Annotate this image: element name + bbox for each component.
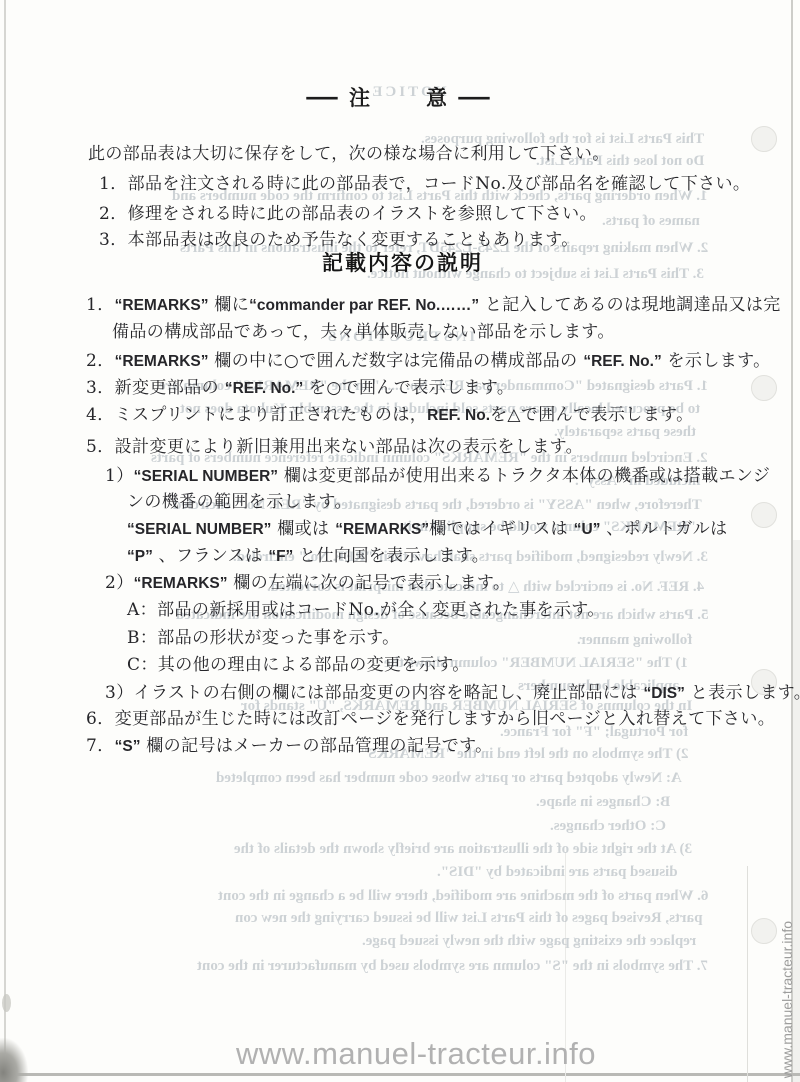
latin-term: “F” bbox=[268, 548, 293, 565]
latin-term: “REF. No.” bbox=[583, 353, 661, 370]
text-segment: 1．部品を注文される時に此の部品表で，コードNo.及び部品名を確認して下さい。 bbox=[99, 174, 750, 194]
punch-hole bbox=[751, 918, 777, 944]
text-line: 3．本部品表は改良のため予告なく変更することもあります。 bbox=[99, 225, 579, 250]
text-line: 2）“REMARKS” 欄の左端に次の記号で表示します。 bbox=[105, 568, 510, 593]
text-segment: A：部品の新採用或はコードNo.が全く変更された事を示す。 bbox=[127, 600, 605, 620]
punch-hole bbox=[751, 126, 777, 152]
bleedthrough-text: 6. When parts of the machine are modifie… bbox=[218, 888, 708, 905]
scanned-page: NOTICEThis Parts List is for the followi… bbox=[0, 0, 800, 1082]
bleedthrough-text: parts, Revised pages of this Parts List … bbox=[235, 910, 703, 927]
latin-term: “SERIAL NUMBER” bbox=[134, 468, 278, 485]
text-segment: と仕向国を表示します。 bbox=[293, 546, 489, 566]
text-segment: 3．新変更部品の bbox=[86, 378, 225, 398]
text-line: ンの機番の範囲を示します。 bbox=[127, 487, 352, 512]
text-segment: 1） bbox=[105, 466, 134, 486]
text-segment: と記入してあるのは現地調達品又は完 bbox=[479, 295, 781, 315]
latin-term: “U” bbox=[574, 521, 601, 538]
text-line: 備品の構成部品であって，夫々単体販売しない部品を示します。 bbox=[112, 317, 615, 342]
scan-artifact-line bbox=[747, 866, 748, 1082]
text-segment: 欄の記号はメーカーの部品管理の記号です。 bbox=[140, 736, 492, 756]
text-segment: 4．ミスプリントにより訂正されたものは， bbox=[86, 405, 427, 425]
title-dash: — bbox=[456, 84, 491, 110]
text-segment: 欄は変更部品が使用出来るトラクタ本体の機番或は搭載エンジ bbox=[278, 466, 770, 486]
latin-term: “REF. No.” bbox=[225, 380, 303, 397]
text-line: “SERIAL NUMBER” 欄或は “REMARKS”欄ではイギリスは “U… bbox=[127, 514, 728, 539]
bleedthrough-text: disused parts are indicated by "DIS". bbox=[437, 864, 678, 881]
text-line: 6．変更部品が生じた時には改訂ページを発行しますから旧ページと入れ替えて下さい。 bbox=[86, 704, 775, 729]
text-segment: 備品の構成部品であって，夫々単体販売しない部品を示します。 bbox=[112, 322, 615, 342]
scan-edge-right bbox=[791, 0, 793, 1082]
text-segment: を○で囲んで表示します。 bbox=[303, 378, 514, 398]
text-segment: 5．設計変更により新旧兼用出来ない部品は次の表示をします。 bbox=[86, 437, 583, 457]
text-line: 1．“REMARKS” 欄に“commander par REF. No.……”… bbox=[86, 290, 781, 315]
text-segment: 2． bbox=[86, 351, 115, 371]
text-segment: 、ポルトガルは bbox=[600, 519, 727, 539]
latin-term: “DIS” bbox=[644, 685, 685, 702]
text-segment: B：部品の形状が変った事を示す。 bbox=[127, 628, 400, 648]
text-segment: 此の部品表は大切に保存をして，次の様な場合に利用して下さい。 bbox=[88, 144, 610, 164]
text-segment: 1． bbox=[86, 295, 115, 315]
latin-term: “REMARKS” bbox=[115, 297, 209, 314]
text-line: 3）イラストの右側の欄には部品変更の内容を略記し、廃止部品には “DIS” と表… bbox=[105, 678, 800, 703]
text-segment: 欄に bbox=[209, 295, 250, 315]
text-segment: を△で囲んで表示します。 bbox=[490, 405, 694, 425]
title-dash: — bbox=[304, 84, 339, 110]
text-line: 5．設計変更により新旧兼用出来ない部品は次の表示をします。 bbox=[86, 432, 583, 457]
bleedthrough-text: 3) At the right side of the illustration… bbox=[234, 841, 692, 858]
text-line: 4．ミスプリントにより訂正されたものは，REF. No.を△で囲んで表示します。 bbox=[86, 400, 694, 425]
watermark-side: www.manuel-tracteur.info bbox=[779, 921, 795, 1078]
latin-term: “S” bbox=[115, 738, 141, 755]
text-segment: 3．本部品表は改良のため予告なく変更することもあります。 bbox=[99, 230, 579, 250]
text-line: “P” 、フランスは “F” と仕向国を表示します。 bbox=[127, 541, 489, 566]
text-line: 此の部品表は大切に保存をして，次の様な場合に利用して下さい。 bbox=[88, 139, 610, 164]
punch-hole bbox=[751, 502, 777, 528]
text-line: 1）“SERIAL NUMBER” 欄は変更部品が使用出来るトラクタ本体の機番或… bbox=[105, 461, 770, 486]
text-line: 2．修理をされる時に此の部品表のイラストを参照して下さい。 bbox=[99, 199, 597, 224]
text-segment: 3）イラストの右側の欄には部品変更の内容を略記し、廃止部品には bbox=[105, 683, 644, 703]
text-segment: 2．修理をされる時に此の部品表のイラストを参照して下さい。 bbox=[99, 204, 597, 224]
text-segment: 欄ではイギリスは bbox=[429, 519, 574, 539]
latin-term: “REMARKS” bbox=[115, 353, 209, 370]
text-segment: を示します。 bbox=[662, 351, 771, 371]
bleedthrough-text: C: Other changes. bbox=[550, 818, 666, 835]
scan-smudge bbox=[2, 994, 11, 1012]
text-segment: 7． bbox=[86, 736, 115, 756]
text-segment: 、フランスは bbox=[153, 546, 269, 566]
scan-edge-bottom bbox=[0, 1073, 800, 1076]
text-line: C：其の他の理由による部品の変更を示す。 bbox=[127, 650, 470, 675]
text-segment: 欄或は bbox=[271, 519, 335, 539]
scan-smudge bbox=[0, 1038, 28, 1082]
bleedthrough-text: A: Newly adopted parts or parts whose co… bbox=[216, 770, 682, 787]
latin-term: “P” bbox=[127, 548, 153, 565]
text-segment: C：其の他の理由による部品の変更を示す。 bbox=[127, 655, 470, 675]
text-line: A：部品の新採用或はコードNo.が全く変更された事を示す。 bbox=[127, 595, 605, 620]
text-line: B：部品の形状が変った事を示す。 bbox=[127, 623, 400, 648]
text-segment: ンの機番の範囲を示します。 bbox=[127, 492, 352, 512]
text-line: 2．“REMARKS” 欄の中に○で囲んだ数字は完備品の構成部品の “REF. … bbox=[86, 346, 771, 371]
bleedthrough-text: replace the existing page with the newly… bbox=[362, 933, 696, 950]
section-title: 記載内容の説明 bbox=[322, 247, 483, 277]
text-line: 7．“S” 欄の記号はメーカーの部品管理の記号です。 bbox=[86, 731, 493, 756]
latin-term: “SERIAL NUMBER” bbox=[127, 521, 271, 538]
latin-term: “commander par REF. No.……” bbox=[249, 297, 479, 314]
text-segment: 2） bbox=[105, 573, 134, 593]
text-segment: 6．変更部品が生じた時には改訂ページを発行しますから旧ページと入れ替えて下さい。 bbox=[86, 709, 775, 729]
text-segment: 欄の中に○で囲んだ数字は完備品の構成部品の bbox=[209, 351, 584, 371]
scan-edge-left bbox=[4, 0, 6, 1082]
text-segment: と表示します。 bbox=[685, 683, 800, 703]
text-line: 3．新変更部品の “REF. No.” を○で囲んで表示します。 bbox=[86, 373, 514, 398]
page-title: — 注 意 — bbox=[311, 82, 485, 112]
text-segment: 欄の左端に次の記号で表示します。 bbox=[228, 573, 511, 593]
text-line: 1．部品を注文される時に此の部品表で，コードNo.及び部品名を確認して下さい。 bbox=[99, 169, 750, 194]
title-char: 意 bbox=[426, 82, 447, 112]
title-char: 注 bbox=[349, 82, 370, 112]
latin-term: “REMARKS” bbox=[134, 575, 228, 592]
bleedthrough-text: B: Changes in shape. bbox=[536, 794, 670, 811]
watermark-bottom: www.manuel-tracteur.info bbox=[236, 1036, 596, 1072]
latin-term: REF. No. bbox=[427, 407, 490, 424]
latin-term: “REMARKS” bbox=[335, 521, 429, 538]
bleedthrough-text: following manner. bbox=[577, 632, 692, 649]
bleedthrough-text: names of parts. bbox=[602, 213, 700, 230]
bleedthrough-text: 7. The symbols in the "S" column are sym… bbox=[197, 958, 708, 975]
punch-hole bbox=[751, 375, 777, 401]
